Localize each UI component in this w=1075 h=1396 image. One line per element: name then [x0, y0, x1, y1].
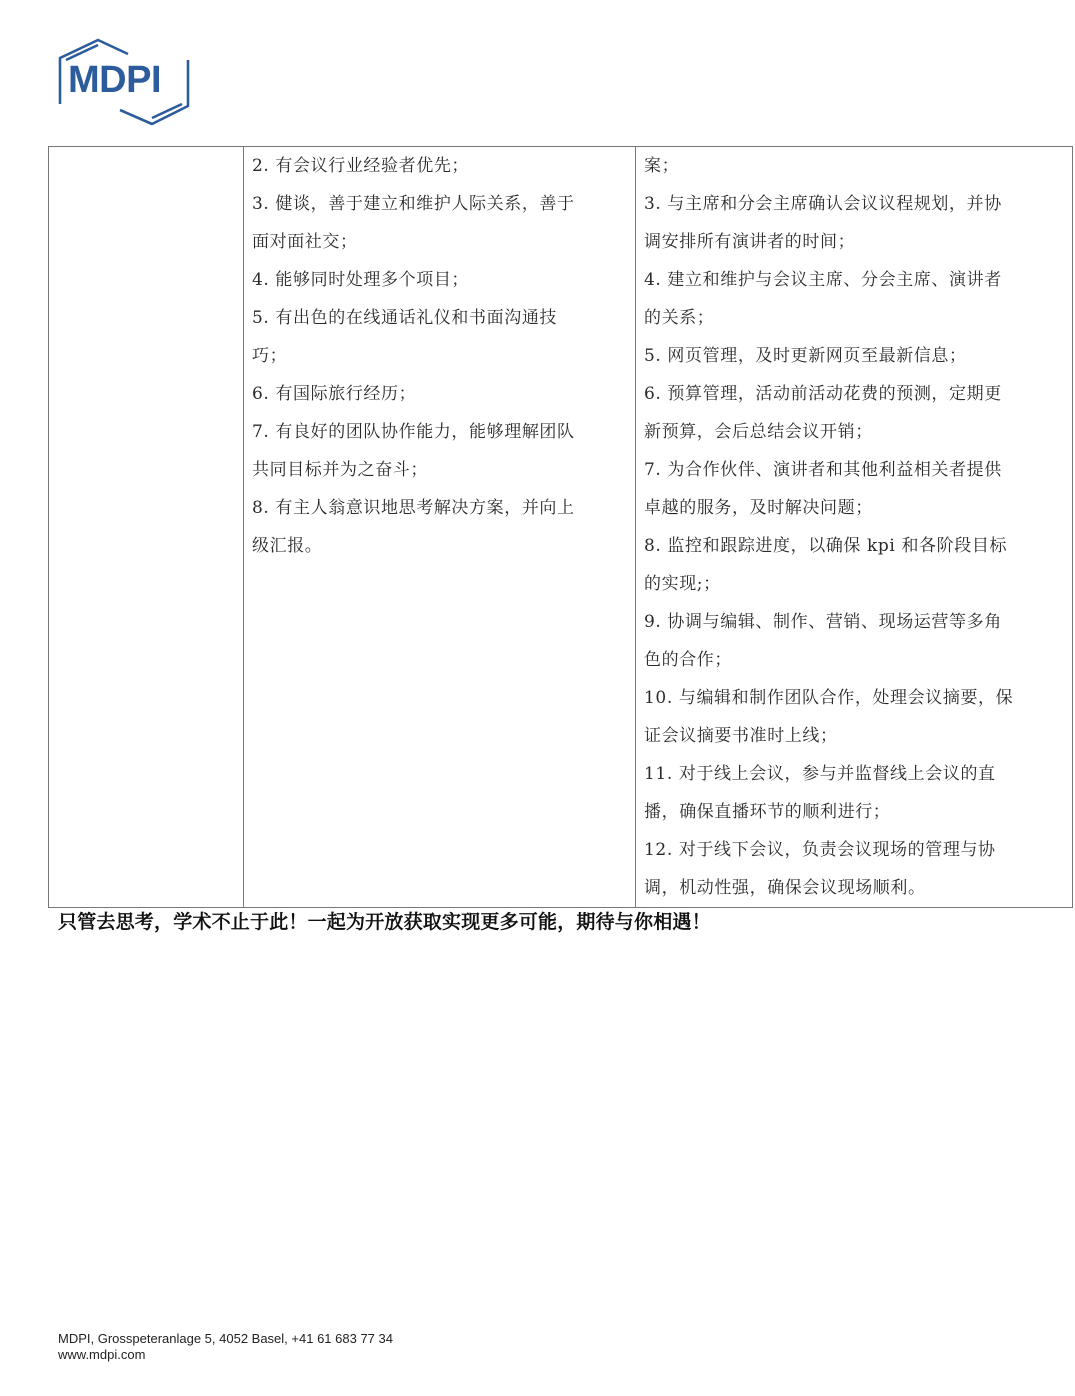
list-item: 级汇报。: [252, 527, 627, 565]
footer-website: www.mdpi.com: [58, 1347, 393, 1363]
list-item: 4. 能够同时处理多个项目；: [252, 261, 627, 299]
list-item: 调安排所有演讲者的时间；: [644, 223, 1064, 261]
list-item: 共同目标并为之奋斗；: [252, 451, 627, 489]
footer-address: MDPI, Grosspeteranlage 5, 4052 Basel, +4…: [58, 1331, 393, 1347]
list-item: 新预算，会后总结会议开销；: [644, 413, 1064, 451]
page-footer: MDPI, Grosspeteranlage 5, 4052 Basel, +4…: [58, 1331, 393, 1363]
list-item: 6. 预算管理，活动前活动花费的预测，定期更: [644, 375, 1064, 413]
list-item: 调，机动性强，确保会议现场顺利。: [644, 869, 1064, 907]
job-description-table: 2. 有会议行业经验者优先； 3. 健谈，善于建立和维护人际关系，善于 面对面社…: [48, 146, 1073, 908]
logo-text: MDPI: [68, 60, 161, 100]
responsibilities-list: 案； 3. 与主席和分会主席确认会议议程规划，并协 调安排所有演讲者的时间； 4…: [644, 147, 1064, 907]
list-item: 播，确保直播环节的顺利进行；: [644, 793, 1064, 831]
table-cell-responsibilities: 案； 3. 与主席和分会主席确认会议议程规划，并协 调安排所有演讲者的时间； 4…: [636, 147, 1073, 908]
table-row: 2. 有会议行业经验者优先； 3. 健谈，善于建立和维护人际关系，善于 面对面社…: [49, 147, 1073, 908]
list-item: 的关系；: [644, 299, 1064, 337]
list-item: 面对面社交；: [252, 223, 627, 261]
list-item: 案；: [644, 147, 1064, 185]
list-item: 8. 监控和跟踪进度，以确保 kpi 和各阶段目标: [644, 527, 1064, 565]
list-item: 巧；: [252, 337, 627, 375]
closing-statement: 只管去思考，学术不止于此！一起为开放获取实现更多可能，期待与你相遇！: [58, 908, 711, 936]
list-item: 12. 对于线下会议，负责会议现场的管理与协: [644, 831, 1064, 869]
table-cell-requirements: 2. 有会议行业经验者优先； 3. 健谈，善于建立和维护人际关系，善于 面对面社…: [244, 147, 636, 908]
list-item: 5. 有出色的在线通话礼仪和书面沟通技: [252, 299, 627, 337]
list-item: 6. 有国际旅行经历；: [252, 375, 627, 413]
list-item: 3. 健谈，善于建立和维护人际关系，善于: [252, 185, 627, 223]
list-item: 3. 与主席和分会主席确认会议议程规划，并协: [644, 185, 1064, 223]
table-cell-label: [49, 147, 244, 908]
list-item: 11. 对于线上会议，参与并监督线上会议的直: [644, 755, 1064, 793]
list-item: 7. 有良好的团队协作能力，能够理解团队: [252, 413, 627, 451]
list-item: 9. 协调与编辑、制作、营销、现场运营等多角: [644, 603, 1064, 641]
list-item: 10. 与编辑和制作团队合作，处理会议摘要，保: [644, 679, 1064, 717]
list-item: 4. 建立和维护与会议主席、分会主席、演讲者: [644, 261, 1064, 299]
list-item: 2. 有会议行业经验者优先；: [252, 147, 627, 185]
list-item: 证会议摘要书准时上线；: [644, 717, 1064, 755]
list-item: 卓越的服务，及时解决问题；: [644, 489, 1064, 527]
requirements-list: 2. 有会议行业经验者优先； 3. 健谈，善于建立和维护人际关系，善于 面对面社…: [252, 147, 627, 565]
list-item: 5. 网页管理，及时更新网页至最新信息；: [644, 337, 1064, 375]
list-item: 7. 为合作伙伴、演讲者和其他利益相关者提供: [644, 451, 1064, 489]
mdpi-logo: MDPI: [56, 38, 192, 128]
list-item: 8. 有主人翁意识地思考解决方案，并向上: [252, 489, 627, 527]
list-item: 色的合作；: [644, 641, 1064, 679]
list-item: 的实现;；: [644, 565, 1064, 603]
